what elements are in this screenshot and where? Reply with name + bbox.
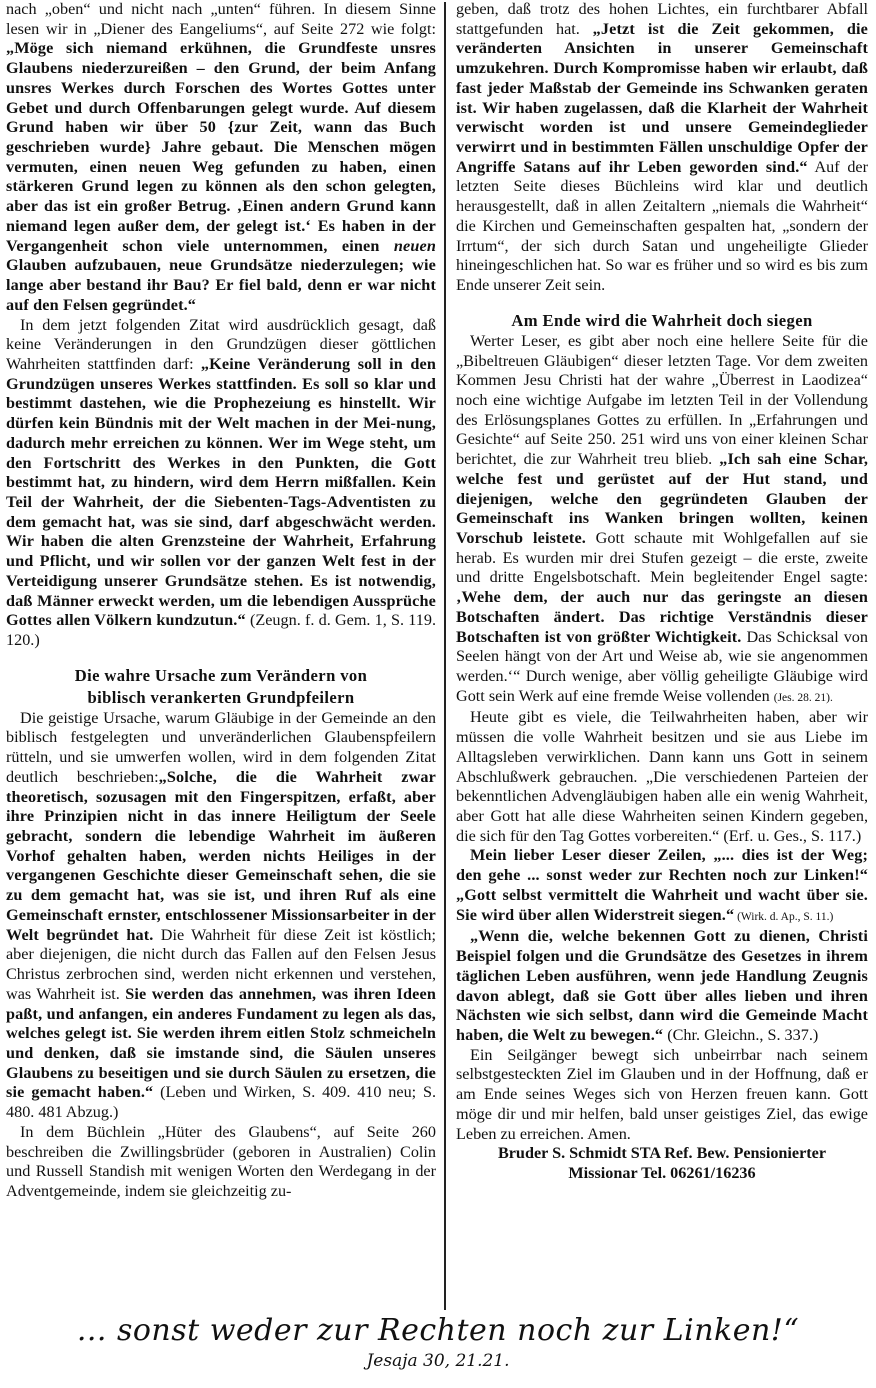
quote-text: Glauben aufzubauen, neue Grundsätze nied… [6,256,436,313]
quote-text: „Jetzt ist die Zeit gekommen, die veränd… [456,20,868,176]
signature-line: Bruder S. Schmidt STA Ref. Bew. Pensioni… [498,1144,826,1162]
left-column: nach „oben“ und nicht nach „unten“ führe… [6,0,436,1202]
text: Auf der letzten Seite dieses Büchleins w… [456,158,868,294]
signature-line: Missionar Tel. 06261/16236 [568,1164,755,1182]
paragraph: „Wenn die, welche bekennen Gott zu diene… [456,927,868,1045]
column-divider [444,2,446,1310]
heading-line: biblisch verankerten Grundpfeilern [87,688,354,707]
quote-text: „Solche, die die Wahrheit zwar theoretis… [6,768,436,944]
footer-reference: Jesaja 30, 21.21. [0,1350,876,1372]
citation: (Wirk. d. Ap., S. 11.) [734,911,833,923]
footer-quote-text: ... sonst weder zur Rechten noch zur Lin… [0,1312,876,1350]
footer-quote: ... sonst weder zur Rechten noch zur Lin… [0,1312,876,1372]
emphasis-text: neuen [394,237,436,255]
text: nach „oben“ und nicht nach „unten“ führe… [6,0,436,38]
paragraph: nach „oben“ und nicht nach „unten“ führe… [6,0,436,316]
paragraph: Werter Leser, es gibt aber noch eine hel… [456,332,868,709]
citation: (Jes. 28. 21). [774,692,833,704]
section-heading: Die wahre Ursache zum Verändern vonbibli… [6,665,436,709]
right-column: geben, daß trotz des hohen Lichtes, ein … [456,0,868,1184]
text: Werter Leser, es gibt aber noch eine hel… [456,332,868,468]
paragraph: In dem jetzt folgenden Zitat wird ausdrü… [6,316,436,651]
section-heading: Am Ende wird die Wahrheit doch siegen [456,310,868,332]
quote-text: „Keine Veränderung soll in den Grundzüge… [6,355,436,629]
paragraph: geben, daß trotz des hohen Lichtes, ein … [456,0,868,296]
citation: (Chr. Gleichn., S. 337.) [663,1026,818,1044]
signature: Bruder S. Schmidt STA Ref. Bew. Pensioni… [456,1144,868,1183]
paragraph: Mein lieber Leser dieser Zeilen, „... di… [456,846,868,927]
paragraph: Die geistige Ursache, warum Gläubige in … [6,709,436,1123]
paragraph: Ein Seilgänger bewegt sich unbeirrbar na… [456,1046,868,1145]
heading-line: Die wahre Ursache zum Verändern von [75,666,368,685]
paragraph: In dem Büchlein „Hüter des Glaubens“, au… [6,1123,436,1202]
quote-text: „Möge sich niemand erkühnen, die Grundfe… [6,39,436,254]
paragraph: Heute gibt es viele, die Teilwahrheiten … [456,708,868,846]
